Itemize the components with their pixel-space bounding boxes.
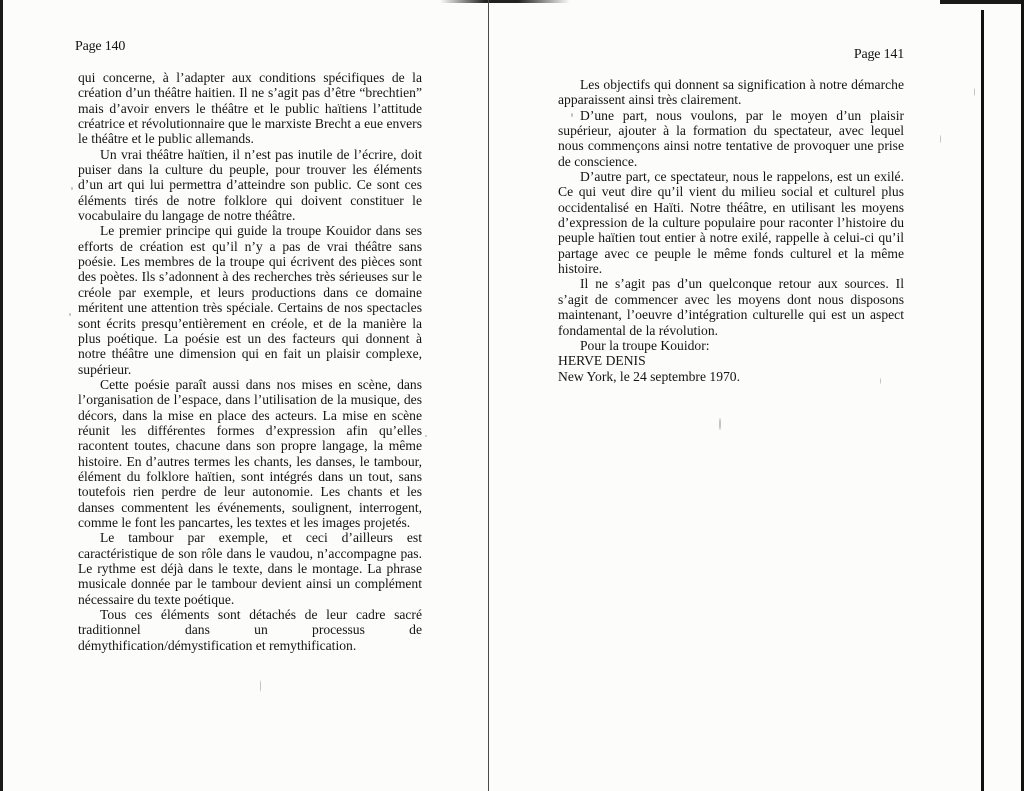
paragraph: D’une part, nous voulons, par le moyen d… xyxy=(558,108,904,169)
signature-author: HERVE DENIS xyxy=(558,353,904,368)
scan-speck xyxy=(69,313,71,316)
book-spread: Page 140 qui concerne, à l’adapter aux c… xyxy=(0,0,1024,791)
paragraph: Tous ces éléments sont détachés de leur … xyxy=(78,607,422,653)
right-page: Page 141 Les objectifs qui donnent sa si… xyxy=(558,46,904,384)
paragraph: Le premier principe qui guide la troupe … xyxy=(78,223,422,376)
scan-speck xyxy=(425,435,427,437)
paragraph: D’autre part, ce spectateur, nous le rap… xyxy=(558,169,904,276)
page-body: qui concerne, à l’adapter aux conditions… xyxy=(78,70,422,653)
paragraph: qui concerne, à l’adapter aux conditions… xyxy=(78,70,422,147)
paragraph: Cette poésie paraît aussi dans nos mises… xyxy=(78,377,422,530)
paragraph: Les objectifs qui donnent sa significati… xyxy=(558,77,904,108)
signature-place-date: New York, le 24 septembre 1970. xyxy=(558,369,904,384)
page-edge-line xyxy=(981,10,984,791)
scan-speck xyxy=(260,680,261,692)
scan-top-shadow xyxy=(440,0,570,3)
scan-left-edge xyxy=(0,0,3,791)
paragraph: Le tambour par exemple, et ceci d’ailleu… xyxy=(78,530,422,607)
scan-speck xyxy=(71,187,73,190)
page-number: Page 140 xyxy=(75,38,422,56)
page-body: Les objectifs qui donnent sa significati… xyxy=(558,77,904,384)
paragraph: Un vrai théâtre haïtien, il n’est pas in… xyxy=(78,147,422,224)
book-gutter xyxy=(488,0,489,791)
signature-closing: Pour la troupe Kouidor: xyxy=(558,338,904,353)
left-page: Page 140 qui concerne, à l’adapter aux c… xyxy=(78,38,422,653)
scan-top-right-edge xyxy=(940,0,1024,4)
scan-speck xyxy=(719,418,721,430)
scan-speck xyxy=(974,88,975,96)
page-number: Page 141 xyxy=(558,46,904,64)
scan-speck xyxy=(940,135,941,143)
paragraph: Il ne s’agit pas d’un quelconque retour … xyxy=(558,276,904,337)
